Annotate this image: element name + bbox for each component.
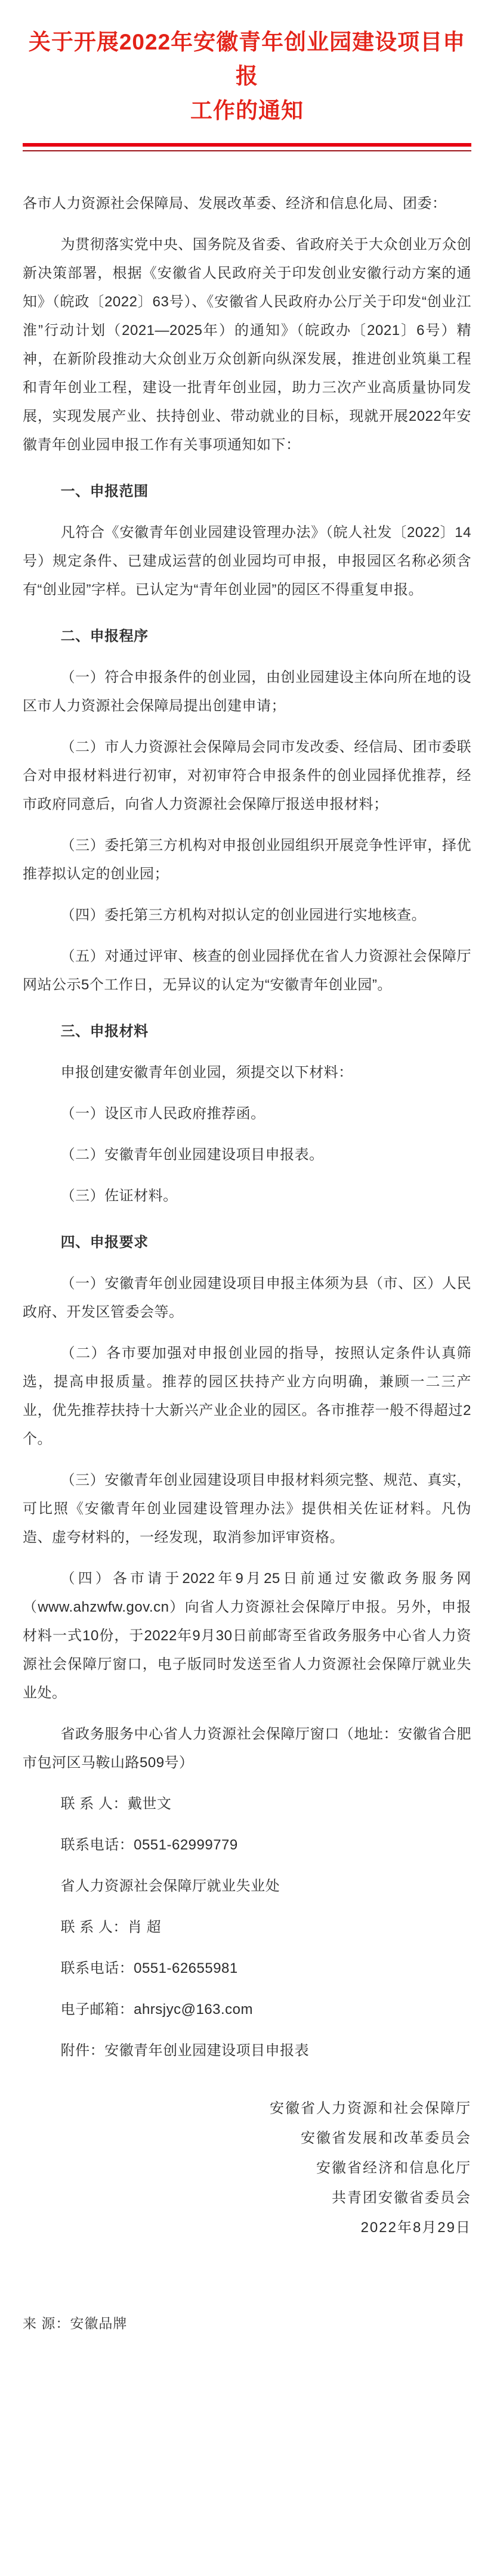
requirement-item-1: （一）安徽青年创业园建设项目申报主体须为县（市、区）人民政府、开发区管委会等。 <box>23 1270 471 1327</box>
materials-item-3: （三）佐证材料。 <box>23 1182 471 1211</box>
materials-item-1: （一）设区市人民政府推荐函。 <box>23 1100 471 1128</box>
procedure-item-4: （四）委托第三方机构对拟认定的创业园进行实地核查。 <box>23 901 471 930</box>
divider-thin-line <box>23 150 471 151</box>
section-heading-materials: 三、申报材料 <box>23 1017 471 1046</box>
recipients-line: 各市人力资源社会保障局、发展改革委、经济和信息化局、团委： <box>23 190 471 218</box>
requirement-item-3: （三）安徽青年创业园建设项目申报材料须完整、规范、真实，可比照《安徽青年创业园建… <box>23 1466 471 1552</box>
notice-title: 关于开展2022年安徽青年创业园建设项目申报 工作的通知 <box>23 25 471 128</box>
contact-email-line: 电子邮箱：ahrsjyc@163.com <box>23 1995 471 2024</box>
signature-date-line: 2022年8月29日 <box>23 2213 471 2243</box>
source-line: 来 源：安徽品牌 <box>23 2313 471 2333</box>
attachment-line: 附件：安徽青年创业园建设项目申报表 <box>23 2037 471 2065</box>
signature-line-drc: 安徽省发展和改革委员会 <box>23 2124 471 2153</box>
contact-dept-line: 省人力资源社会保障厅就业失业处 <box>23 1872 471 1901</box>
materials-intro: 申报创建安徽青年创业园，须提交以下材料： <box>23 1059 471 1087</box>
materials-item-2: （二）安徽青年创业园建设项目申报表。 <box>23 1141 471 1169</box>
contact-person-2: 联 系 人：肖 超 <box>23 1913 471 1942</box>
procedure-item-5: （五）对通过评审、核查的创业园择优在省人力资源社会保障厅网站公示5个工作日，无异… <box>23 942 471 1000</box>
procedure-item-2: （二）市人力资源社会保障局会同市发改委、经信局、团市委联合对申报材料进行初审，对… <box>23 733 471 819</box>
signature-line-hr-dept: 安徽省人力资源和社会保障厅 <box>23 2094 471 2124</box>
contact-phone-1: 联系电话：0551-62999779 <box>23 1831 471 1860</box>
notice-document: 关于开展2022年安徽青年创业园建设项目申报 工作的通知 各市人力资源社会保障局… <box>0 0 494 2354</box>
notice-title-line2: 工作的通知 <box>23 94 471 128</box>
signature-block: 安徽省人力资源和社会保障厅 安徽省发展和改革委员会 安徽省经济和信息化厅 共青团… <box>23 2094 471 2243</box>
contact-phone-2: 联系电话：0551-62655981 <box>23 1954 471 1983</box>
title-divider <box>23 143 471 151</box>
divider-thick-line <box>23 143 471 147</box>
requirement-item-2: （二）各市要加强对申报创业园的指导，按照认定条件认真筛选，提高申报质量。推荐的园… <box>23 1339 471 1454</box>
section-heading-procedure: 二、申报程序 <box>23 622 471 651</box>
signature-line-econ-info: 安徽省经济和信息化厅 <box>23 2153 471 2183</box>
requirement-item-4: （四）各市请于2022年9月25日前通过安徽政务服务网（www.ahzwfw.g… <box>23 1565 471 1708</box>
intro-paragraph: 为贯彻落实党中央、国务院及省委、省政府关于大众创业万众创新决策部署，根据《安徽省… <box>23 231 471 460</box>
notice-title-line1: 关于开展2022年安徽青年创业园建设项目申报 <box>23 25 471 94</box>
signature-line-youth-league: 共青团安徽省委员会 <box>23 2183 471 2213</box>
scope-paragraph: 凡符合《安徽青年创业园建设管理办法》（皖人社发〔2022〕14号）规定条件、已建… <box>23 519 471 604</box>
section-heading-scope: 一、申报范围 <box>23 477 471 506</box>
section-heading-requirements: 四、申报要求 <box>23 1228 471 1257</box>
contact-person-1: 联 系 人：戴世文 <box>23 1790 471 1818</box>
contact-window-line: 省政务服务中心省人力资源社会保障厅窗口（地址：安徽省合肥市包河区马鞍山路509号… <box>23 1720 471 1777</box>
procedure-item-3: （三）委托第三方机构对申报创业园组织开展竞争性评审，择优推荐拟认定的创业园； <box>23 831 471 889</box>
procedure-item-1: （一）符合申报条件的创业园，由创业园建设主体向所在地的设区市人力资源社会保障局提… <box>23 663 471 721</box>
